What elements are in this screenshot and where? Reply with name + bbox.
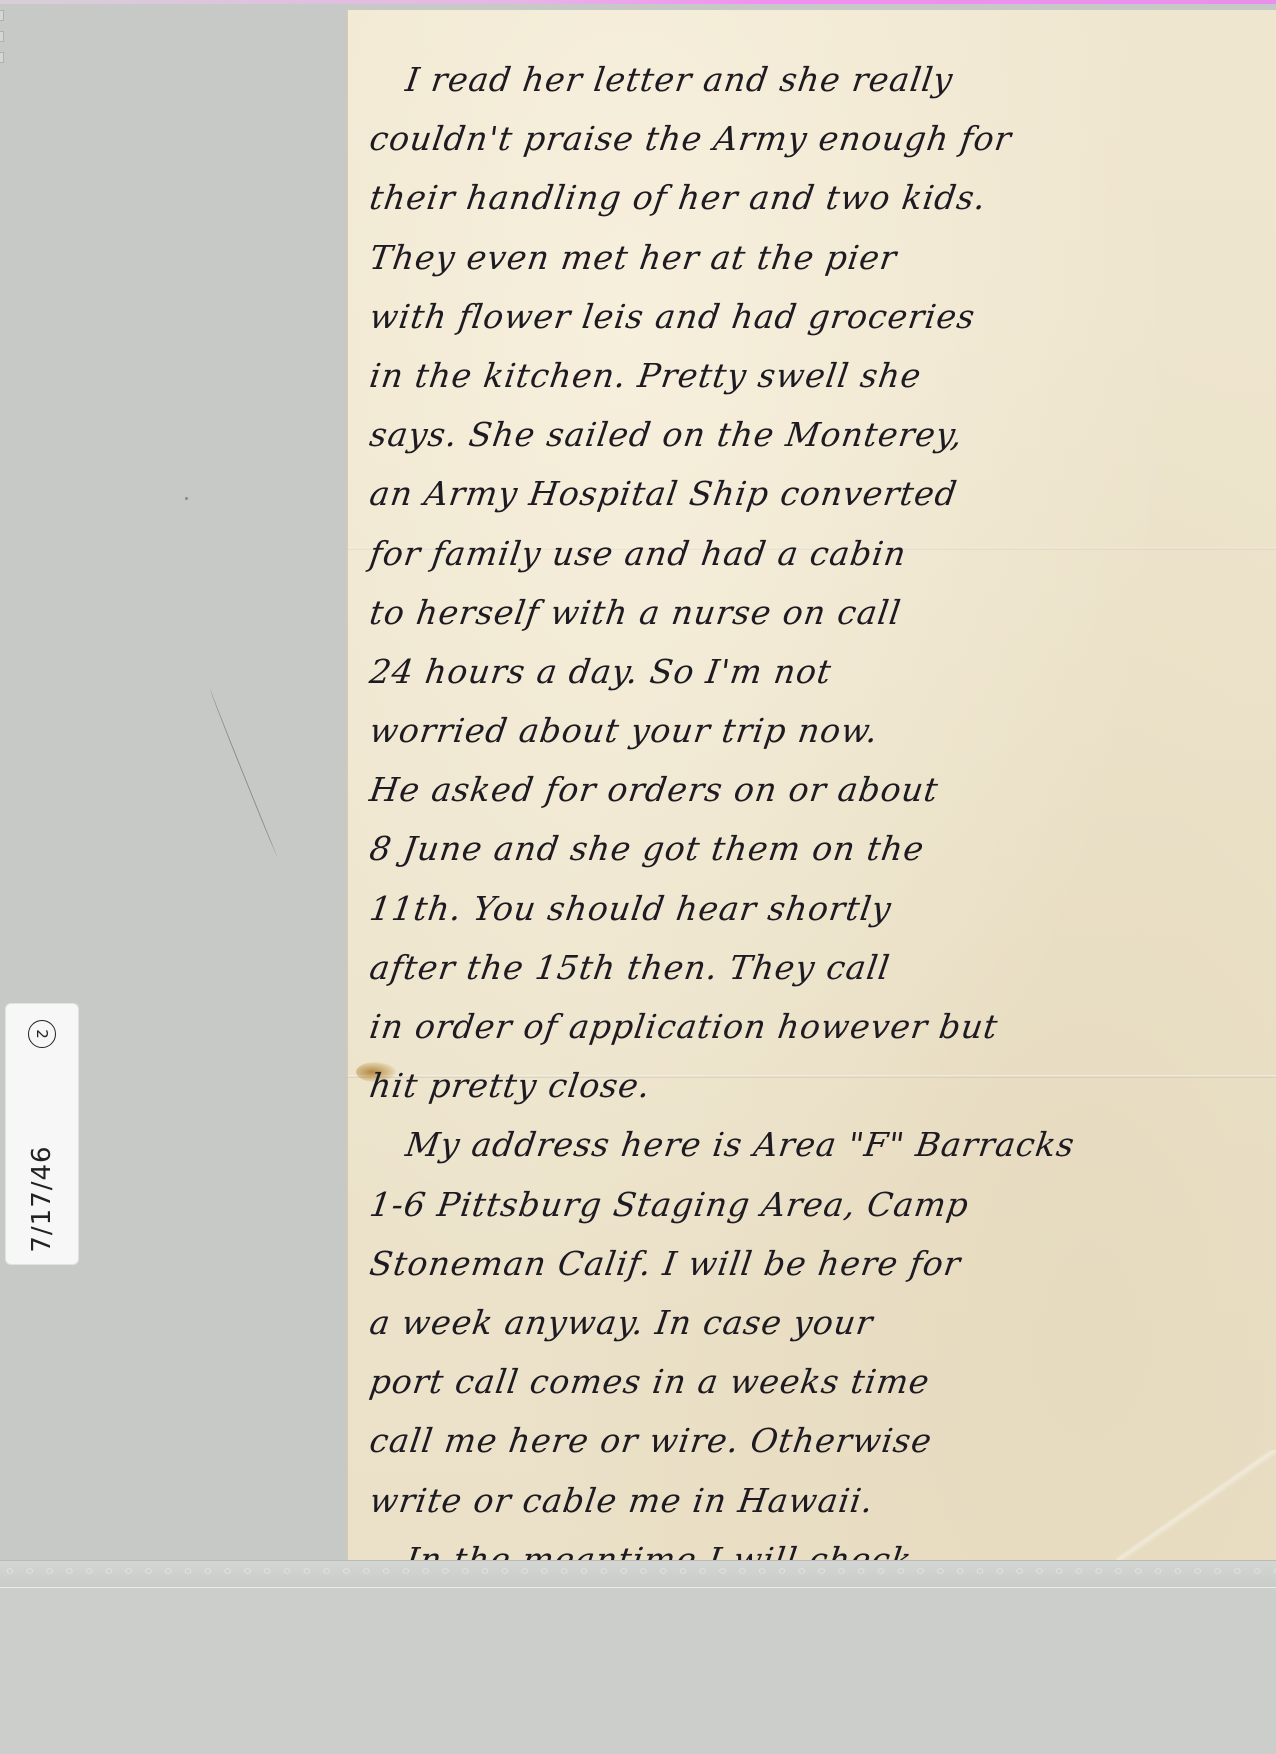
- page-number-circle: 2: [28, 1020, 56, 1048]
- letter-line: port call comes in a weeks time: [366, 1352, 1264, 1411]
- letter-body: I read her letter and she really couldn'…: [370, 50, 1260, 1648]
- label-date: 7/17/46: [27, 1129, 57, 1269]
- letter-line: couldn't praise the Army enough for: [366, 109, 1264, 168]
- letter-line: their handling of her and two kids.: [366, 168, 1264, 227]
- letter-line: He asked for orders on or about: [366, 760, 1264, 819]
- letter-line: hit pretty close.: [366, 1056, 1264, 1115]
- letter-line: I read her letter and she really: [366, 50, 1264, 109]
- letter-line: after the 15th then. They call: [366, 938, 1264, 997]
- letter-line: in the kitchen. Pretty swell she: [366, 346, 1264, 405]
- letter-page: I read her letter and she really couldn'…: [348, 10, 1276, 1560]
- archive-label: 2 7/17/46: [6, 1004, 78, 1264]
- letter-line: They even met her at the pier: [366, 228, 1264, 287]
- letter-line: with flower leis and had groceries: [366, 287, 1264, 346]
- letter-line: write or cable me in Hawaii.: [366, 1471, 1264, 1530]
- letter-line: in order of application however but: [366, 997, 1264, 1056]
- dust-speck: [185, 497, 188, 500]
- letter-line: My address here is Area "F" Barracks: [366, 1115, 1264, 1174]
- letter-line: an Army Hospital Ship converted: [366, 464, 1264, 523]
- scanner-background: [0, 1588, 1276, 1754]
- sleeve-edge: [0, 1560, 1276, 1588]
- letter-line: worried about your trip now.: [366, 701, 1264, 760]
- letter-line: to herself with a nurse on call: [366, 583, 1264, 642]
- sleeve-perforations: [0, 1567, 1276, 1575]
- letter-line: Stoneman Calif. I will be here for: [366, 1234, 1264, 1293]
- letter-line: 8 June and she got them on the: [366, 819, 1264, 878]
- letter-line: 1-6 Pittsburg Staging Area, Camp: [366, 1175, 1264, 1234]
- scanner-hair-artifact: [208, 688, 278, 856]
- letter-line: for family use and had a cabin: [366, 524, 1264, 583]
- letter-line: call me here or wire. Otherwise: [366, 1411, 1264, 1470]
- letter-line: 24 hours a day. So I'm not: [366, 642, 1264, 701]
- scanner-edge-strip: [0, 0, 1276, 4]
- letter-line: a week anyway. In case your: [366, 1293, 1264, 1352]
- letter-line: says. She sailed on the Monterey,: [366, 405, 1264, 464]
- letter-line: 11th. You should hear shortly: [366, 879, 1264, 938]
- sleeve-binder-holes: [0, 10, 4, 70]
